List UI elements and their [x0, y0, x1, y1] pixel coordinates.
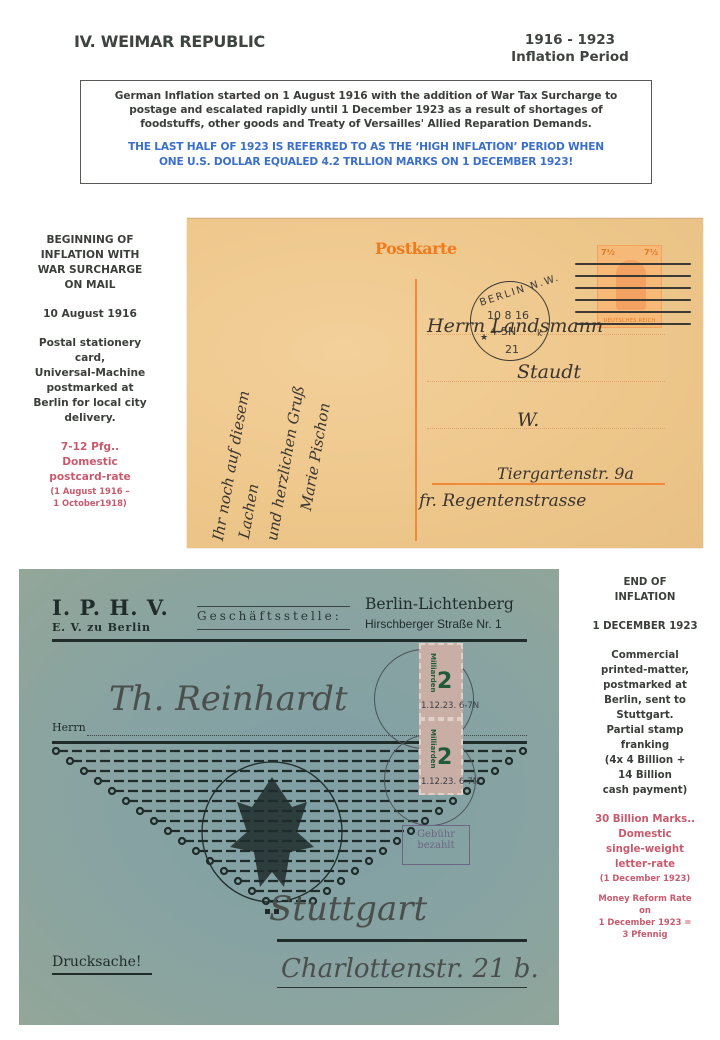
right-caption-date: 1 DECEMBER 1923: [580, 619, 710, 634]
cover-printed-matter-label: Drucksache!: [52, 954, 142, 970]
cover-office-label: Geschäftsstelle:: [197, 609, 342, 623]
intro-highlight: THE LAST HALF OF 1923 IS REFERRED TO AS …: [81, 140, 651, 170]
left-caption-rate: 7-12 Pfg.. Domestic postcard-rate: [14, 440, 166, 485]
left-caption-heading: BEGINNING OF INFLATION WITH WAR SURCHARG…: [14, 233, 166, 293]
right-caption-reform: Money Reform Rate on 1 December 1923 = 3…: [580, 892, 710, 940]
cover-image: I. P. H. V. E. V. zu Berlin Geschäftsste…: [19, 569, 559, 1025]
period-heading: 1916 - 1923 Inflation Period: [470, 32, 670, 66]
cancel-line: [575, 287, 691, 289]
address-line: [427, 428, 665, 429]
cancel-line: [575, 299, 691, 301]
message-line-2: Lachen: [235, 482, 262, 540]
right-caption-rate: 30 Billion Marks.. Domestic single-weigh…: [580, 812, 710, 872]
cover-header-rule: [52, 639, 527, 642]
right-caption-heading: END OF INFLATION: [580, 575, 710, 605]
germania-figure-icon: [616, 260, 646, 310]
period-label: Inflation Period: [470, 49, 670, 66]
message-line-3: und herzlichen Gruß: [263, 384, 308, 542]
cover-addressee: Th. Reinhardt: [109, 679, 348, 719]
left-caption-rate-period: (1 August 1916 – 1 October1918): [14, 485, 166, 509]
cover-org: I. P. H. V.: [52, 595, 169, 620]
page-title: IV. WEIMAR REPUBLIC: [74, 32, 265, 51]
left-caption-description: Postal stationery card, Universal-Machin…: [14, 336, 166, 426]
address-line-1: Herrn Landsmann: [427, 315, 603, 337]
highlight-line-2: ONE U.S. DOLLAR EQUALED 4.2 TRLLION MARK…: [81, 155, 651, 170]
right-caption: END OF INFLATION 1 DECEMBER 1923 Commerc…: [580, 575, 710, 940]
address-underline: [432, 483, 665, 485]
cover-org-sub: E. V. zu Berlin: [52, 621, 151, 634]
fee-paid-stamp: Gebühr bezahlt: [402, 825, 470, 865]
left-caption-date: 10 August 1916: [14, 307, 166, 322]
period-years: 1916 - 1923: [470, 32, 670, 49]
cover-street: Hirschberger Straße Nr. 1: [365, 617, 502, 631]
right-caption-rate-period: (1 December 1923): [580, 872, 710, 884]
intro-box: German Inflation started on 1 August 191…: [80, 80, 652, 184]
cover-city: Berlin-Lichtenberg: [365, 595, 514, 613]
postcard-divider: [415, 279, 417, 541]
cover-street-address: Charlottenstr. 21 b.: [281, 954, 539, 984]
address-line-5: fr. Regentenstrasse: [419, 491, 586, 511]
address-line-4: Tiergartenstr. 9a: [497, 464, 634, 483]
left-caption: BEGINNING OF INFLATION WITH WAR SURCHARG…: [14, 233, 166, 509]
cancel-line: [575, 263, 691, 265]
address-line-2: Staudt: [517, 361, 581, 383]
highlight-line-1: THE LAST HALF OF 1923 IS REFERRED TO AS …: [81, 140, 651, 155]
cancel-line: [575, 311, 691, 313]
intro-text: German Inflation started on 1 August 191…: [81, 89, 651, 131]
right-caption-description: Commercial printed-matter, postmarked at…: [580, 648, 710, 798]
cancel-line: [575, 275, 691, 277]
cover-salutation: Herrn: [52, 721, 86, 734]
cover-destination: Stuttgart: [269, 889, 427, 929]
postcard-title: Postkarte: [375, 239, 457, 258]
postcard-image: Postkarte 7½ 7½ DEUTSCHES REICH BERLIN N…: [187, 218, 703, 548]
address-line-3: W.: [517, 409, 539, 431]
